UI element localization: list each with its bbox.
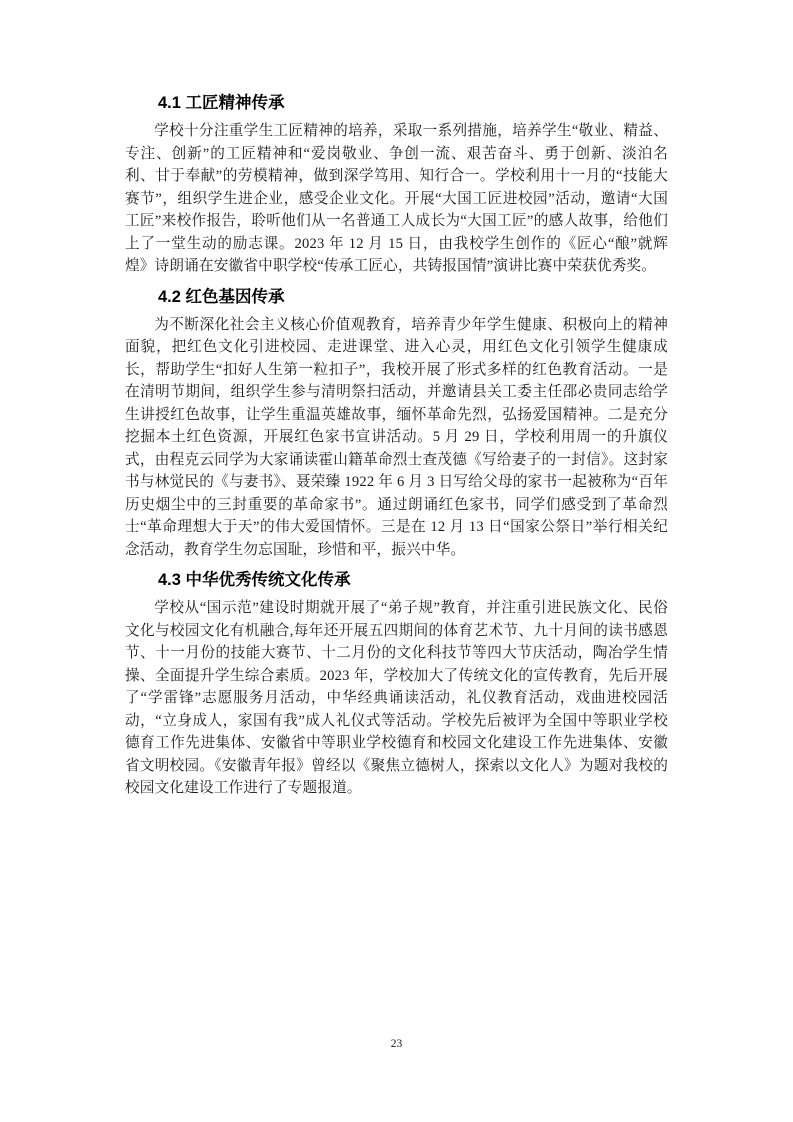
section-4-3-paragraph: 学校从“国示范”建设时期就开展了“弟子规”教育，并注重引进民族文化、民俗文化与校… bbox=[125, 597, 668, 800]
section-heading-4-3: 4.3 中华优秀传统文化传承 bbox=[125, 567, 668, 593]
section-4-1-paragraph: 学校十分注重学生工匠精神的培养，采取一系列措施，培养学生“敬业、精益、专注、创新… bbox=[125, 120, 668, 278]
section-heading-4-2: 4.2 红色基因传承 bbox=[125, 284, 668, 310]
document-content: 4.1 工匠精神传承 学校十分注重学生工匠精神的培养，采取一系列措施，培养学生“… bbox=[125, 90, 668, 800]
document-page: 4.1 工匠精神传承 学校十分注重学生工匠精神的培养，采取一系列措施，培养学生“… bbox=[0, 0, 793, 1122]
section-heading-4-1: 4.1 工匠精神传承 bbox=[125, 90, 668, 116]
section-4-2-paragraph: 为不断深化社会主义核心价值观教育，培养青少年学生健康、积极向上的精神面貌，把红色… bbox=[125, 314, 668, 562]
page-number: 23 bbox=[0, 1038, 793, 1050]
